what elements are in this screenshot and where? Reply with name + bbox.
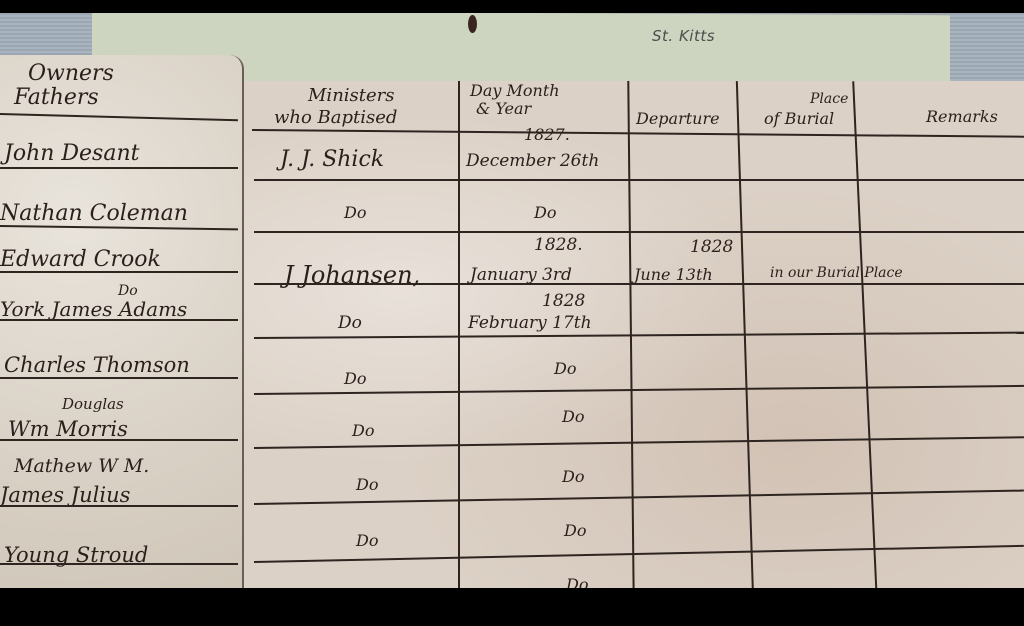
date-cell: December 26th [466,151,599,171]
minister-cell: Do [338,313,362,333]
row-rule [254,283,1024,285]
left-header-line1: Owners [28,61,114,86]
owner-name: Charles Thomson [4,353,190,377]
rule [0,319,238,321]
owner-name: Wm Morris [8,417,128,441]
row-rule [254,385,1024,395]
owner-name: James Julius [0,483,130,507]
left-header-line2: Fathers [14,85,99,110]
ink-blot [468,15,477,33]
departure-year: 1828 [690,237,733,257]
row-rule [254,231,1024,233]
date-year: 1828. [534,235,583,255]
date-cell: Do [566,575,588,588]
date-cell: Do [554,359,576,378]
row-rule [254,332,1024,339]
header-date-line1: Day Month [470,81,560,100]
minister-cell: Do [352,421,374,440]
date-year: 1827. [524,125,570,144]
departure-cell: June 13th [634,265,713,284]
date-cell: February 17th [468,313,592,333]
date-year: 1828 [542,291,585,311]
date-cell: Do [562,467,584,486]
date-cell: January 3rd [470,265,572,285]
minister-cell: J. J. Shick [280,147,384,172]
minister-cell: Do [356,475,378,494]
header-burial-line2: of Burial [764,109,834,128]
minister-cell: Do [344,369,366,388]
row-rule [254,179,1024,181]
owner-name: York James Adams [0,297,187,321]
left-page: Owners Fathers John Desant Nathan Colema… [0,55,244,588]
header-remarks: Remarks [926,107,998,126]
minister-cell: Do [344,203,366,222]
header-departure: Departure [636,109,720,128]
minister-cell: Do [356,531,378,550]
rule [0,563,238,565]
owner-name: Edward Crook [0,247,161,272]
rule [0,505,238,507]
owner-name: Nathan Coleman [0,201,188,226]
rule [0,377,238,379]
owner-annotation: Mathew W M. [14,455,149,477]
header-rule [252,129,1024,138]
rule [0,271,238,273]
header-minister-line1: Ministers [308,85,395,106]
card-note: St. Kitts [652,27,715,45]
column-rule [458,81,460,588]
photo-stage: St. Kitts Owners Fathers John Desant Nat… [0,13,1024,588]
header-minister-line2: who Baptised [274,107,397,128]
date-cell: Do [564,521,586,540]
rule [0,439,238,441]
header-date-line2: & Year [476,99,531,118]
date-cell: Do [562,407,584,426]
date-cell: Do [534,203,556,222]
right-page: Ministers who Baptised Day Month & Year … [244,81,1024,588]
burial-cell: in our Burial Place [770,265,903,281]
fabric-background-left [0,13,92,55]
rule [0,225,238,230]
owner-name: John Desant [4,141,139,166]
header-burial-line1: Place [810,91,848,107]
owner-annotation: Douglas [62,395,124,413]
rule [0,167,238,169]
rule [0,113,238,121]
